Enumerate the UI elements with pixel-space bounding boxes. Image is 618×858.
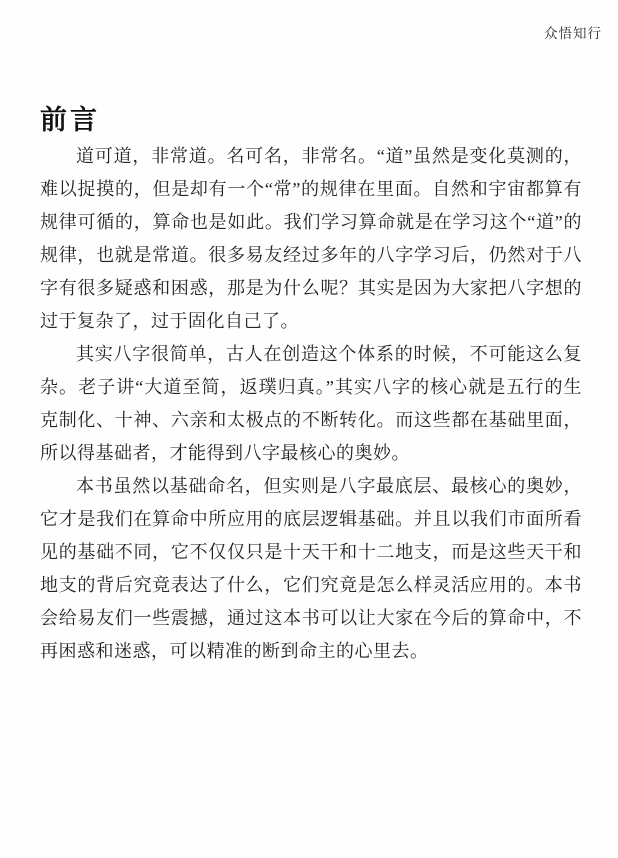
book-page: 众悟知行 前言 道可道，非常道。名可名，非常名。“道”虽然是变化莫测的，难以捉摸…	[0, 0, 618, 858]
chapter-title: 前言	[40, 98, 100, 137]
paragraph-2: 其实八字很简单，古人在创造这个体系的时候，不可能这么复杂。老子讲“大道至简，返璞…	[40, 338, 582, 470]
paragraph-3: 本书虽然以基础命名，但实则是八字最底层、最核心的奥妙，它才是我们在算命中所应用的…	[40, 470, 582, 668]
body-text: 道可道，非常道。名可名，非常名。“道”虽然是变化莫测的，难以捉摸的，但是却有一个…	[40, 140, 582, 668]
running-head: 众悟知行	[544, 22, 602, 42]
paragraph-1: 道可道，非常道。名可名，非常名。“道”虽然是变化莫测的，难以捉摸的，但是却有一个…	[40, 140, 582, 338]
